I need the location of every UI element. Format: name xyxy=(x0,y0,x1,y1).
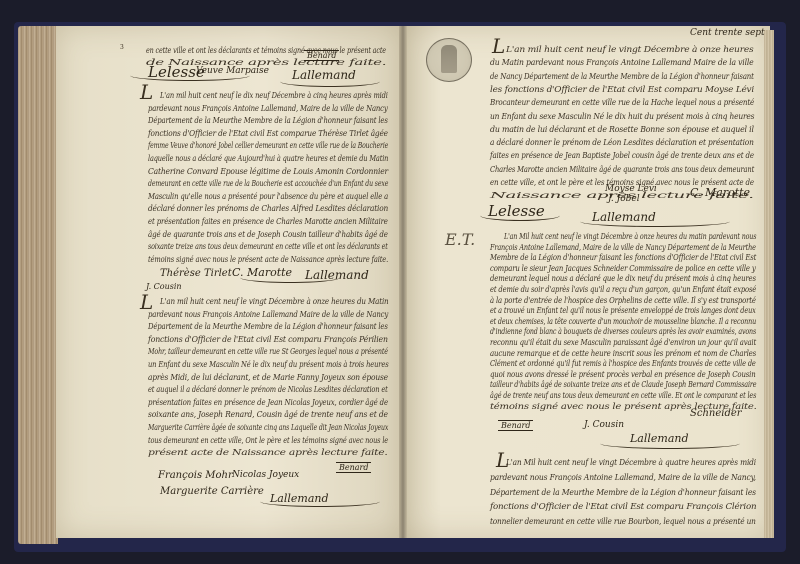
entry-initial: L xyxy=(140,80,153,104)
flourish xyxy=(480,210,560,221)
signature: Moyse Lévi xyxy=(605,184,657,194)
signature: J. Jobel xyxy=(608,194,640,204)
text-line: L'an Mil huit cent neuf le vingt Décembr… xyxy=(506,457,756,467)
text-line: soixante treize ans tous deux demeurant … xyxy=(148,241,388,251)
text-line: du Matin pardevant nous François Antoine… xyxy=(490,57,753,67)
book-gutter xyxy=(399,26,407,538)
text-line: femme Veuve d'honoré Jobel cellier demeu… xyxy=(148,140,388,150)
text-line: Marguerite Carrière âgée de soixante cin… xyxy=(148,422,388,432)
text-line: L'an mil huit cent neuf le vingt Décembr… xyxy=(160,296,389,306)
text-line: témoins signé avec nous le présent acte … xyxy=(148,254,388,264)
signature: Schneider xyxy=(690,408,742,419)
text-line: un Enfant du sexe Masculin Né le dix neu… xyxy=(148,359,388,369)
text-line: Département de la Meurthe Membre de la L… xyxy=(490,487,756,497)
text-line: Catherine Convard Epouse légitime de Lou… xyxy=(148,166,388,176)
folio-mark: 3 xyxy=(120,44,124,51)
text-line: fonctions d'Officier de l'Etat civil Est… xyxy=(490,501,756,511)
text-line: Clément et ordonné qu'il fut remis à l'h… xyxy=(490,358,756,368)
text-line: et auquel il a déclaré donner le prénom … xyxy=(148,384,388,394)
text-line: du matin de lui déclarant et de Rosette … xyxy=(490,124,754,134)
seal-figure-icon xyxy=(441,45,457,73)
text-line: comparu le sieur Jean Jacques Schneider … xyxy=(490,263,756,273)
text-line: Membre de la Légion d'honneur faisant le… xyxy=(490,252,756,262)
flourish xyxy=(580,216,730,227)
text-line: et deux chemises, la tête couverte d'un … xyxy=(490,316,756,326)
signature-stamp: Benard xyxy=(336,462,371,473)
text-line: demeurant lequel nous a déclaré que le d… xyxy=(490,273,756,283)
signature: J. Cousin xyxy=(584,420,624,430)
page-edges-right xyxy=(764,30,774,538)
flourish xyxy=(260,496,380,507)
text-line: aucune remarque et de cette heure inscri… xyxy=(490,348,756,358)
text-line: et demie du soir d'après l'avis qu'il a … xyxy=(490,284,756,294)
text-line: âgé de trente neuf ans tous deux demeura… xyxy=(490,390,756,400)
page-number: Cent trente sept xyxy=(690,28,765,38)
text-line: tailleur d'habits âgé de soixante treize… xyxy=(490,379,756,389)
text-line: Département de la Meurthe Membre de la L… xyxy=(148,321,388,331)
text-line: présent acte de Naissance après lecture … xyxy=(148,447,387,457)
text-line: L'an mil huit cent neuf le vingt Décembr… xyxy=(506,44,753,54)
signature: Nicolas Joyeux xyxy=(232,470,299,480)
text-line: d'indienne fond blanc à bouquets de dive… xyxy=(490,326,756,336)
stamp-seal-icon xyxy=(426,38,472,82)
text-line: de Nancy Département de la Meurthe Membr… xyxy=(490,71,754,81)
text-line: demeurant en cette ville rue de la Bouch… xyxy=(148,178,388,188)
text-line: à la porte d'entrée de l'hospice des Orp… xyxy=(490,295,756,305)
signature: C. Marotte xyxy=(690,186,750,199)
text-line: Brocanteur demeurant en cette ville rue … xyxy=(490,97,754,107)
text-line: présentation faites en présence de Jean … xyxy=(148,397,388,407)
signature: François Mohr xyxy=(158,470,233,481)
entry-initial: L xyxy=(492,34,505,58)
margin-note: E.T. xyxy=(445,230,475,249)
text-line: tonnelier demeurant en cette ville rue B… xyxy=(490,516,756,526)
text-line: quoi nous avons dressé le présent procès… xyxy=(490,369,756,379)
signature-stamp: Benard xyxy=(304,50,339,61)
text-line: fonctions d'Officier de l'Etat civil Est… xyxy=(148,128,388,138)
text-line: Département de la Meurthe Membre de la L… xyxy=(148,115,388,125)
text-line: laquelle nous a déclaré que Aujourd'hui … xyxy=(148,153,388,163)
text-line: L'an Mil huit cent neuf le vingt Décembr… xyxy=(504,231,756,241)
text-line: et présentation faites en présence de Ch… xyxy=(148,216,388,226)
text-line: Mohr, tailleur demeurant en cette ville … xyxy=(148,346,388,356)
text-line: a déclaré donner le prénom de Léon Lesdi… xyxy=(490,137,754,147)
flourish xyxy=(240,272,340,283)
signature-stamp: Benard xyxy=(498,420,533,431)
text-line: un Enfant du sexe Masculin Né le dix hui… xyxy=(490,111,754,121)
text-line: après Midi, de lui déclarant, et de Mari… xyxy=(148,372,388,382)
text-line: François Antoine Lallemand, Maire de la … xyxy=(490,242,756,252)
text-line: L'an mil huit cent neuf le dix neuf Déce… xyxy=(160,90,388,100)
page-edges-left xyxy=(18,26,58,544)
text-line: déclaré donner les prénoms de Charles Al… xyxy=(148,203,388,213)
text-line: reconnu qu'il était du sexe Masculin par… xyxy=(490,337,756,347)
text-line: pardevant nous François Antoine Lalleman… xyxy=(490,472,756,482)
signature: Thérèse Tirlet xyxy=(160,268,232,279)
text-line: tous demeurant en cette ville, Ont le pè… xyxy=(148,435,388,445)
text-line: Charles Marotte ancien Militaire âgé de … xyxy=(490,164,754,174)
text-line: fonctions d'Officier de l'Etat civil Est… xyxy=(148,334,388,344)
text-line: les fonctions d'Officier de l'Etat civil… xyxy=(490,84,754,94)
text-line: et a trouvé un Enfant tel qu'il nous le … xyxy=(490,305,756,315)
text-line: pardevant nous François Antoine Lalleman… xyxy=(148,309,388,319)
text-line: Masculin qu'elle nous a présenté pour l'… xyxy=(148,191,388,201)
signature: Marguerite Carrière xyxy=(160,486,264,497)
text-line: soixante ans, Joseph Renard, Cousin âgé … xyxy=(148,409,388,419)
flourish xyxy=(600,438,740,449)
flourish xyxy=(280,76,380,87)
text-line: en cette ville et ont les déclarants et … xyxy=(146,45,386,55)
text-line: faites en présence de Jean Baptiste Jobe… xyxy=(490,150,754,160)
text-line: pardevant nous François Antoine Lalleman… xyxy=(148,103,388,113)
text-line: âgé de quarante trois ans et de Joseph C… xyxy=(148,229,388,239)
